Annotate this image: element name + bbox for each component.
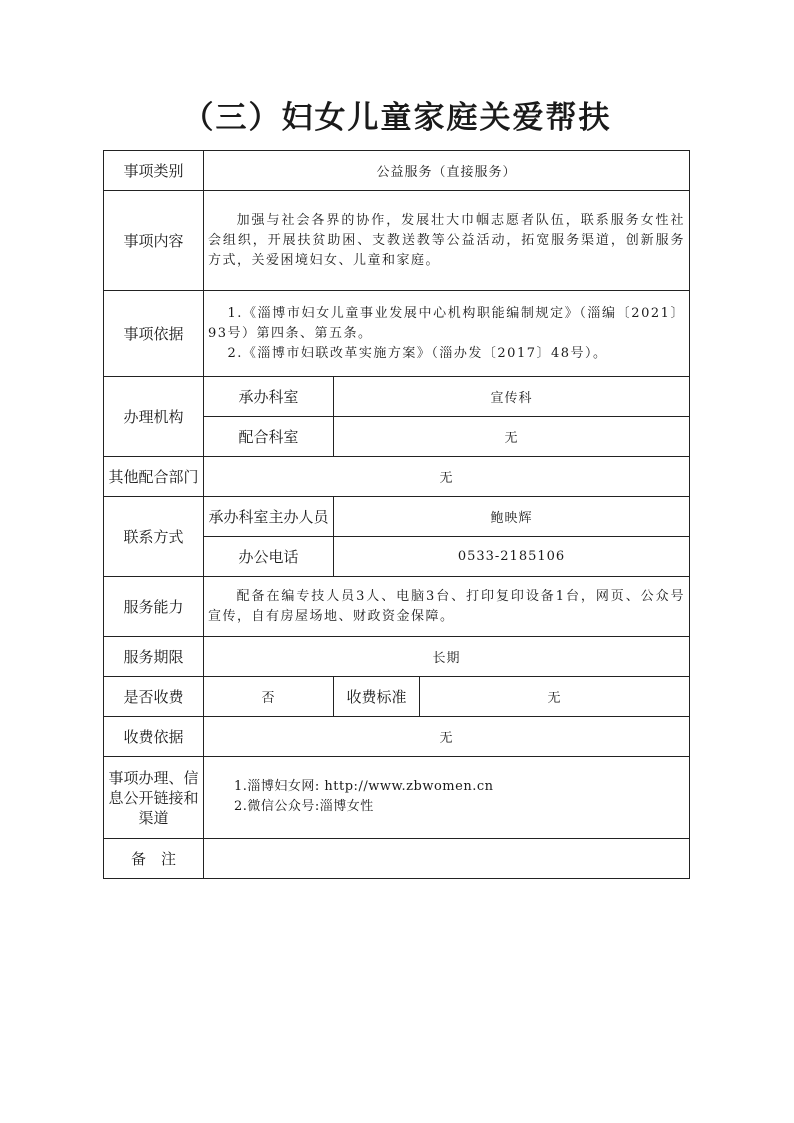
channels-label: 事项办理、信息公开链接和渠道 — [104, 757, 204, 839]
fee-standard-value: 无 — [420, 677, 690, 717]
row-basis: 事项依据 1.《淄博市妇女儿童事业发展中心机构职能编制规定》（淄编〔2021〕9… — [104, 291, 690, 377]
agency-coop-label: 配合科室 — [204, 417, 334, 457]
other-dept-label: 其他配合部门 — [104, 457, 204, 497]
row-other-dept: 其他配合部门 无 — [104, 457, 690, 497]
row-fee-basis: 收费依据 无 — [104, 717, 690, 757]
period-label: 服务期限 — [104, 637, 204, 677]
fee-label: 是否收费 — [104, 677, 204, 717]
fee-basis-label: 收费依据 — [104, 717, 204, 757]
period-value: 长期 — [204, 637, 690, 677]
capacity-label: 服务能力 — [104, 577, 204, 637]
fee-basis-value: 无 — [204, 717, 690, 757]
row-contact-person: 联系方式 承办科室主办人员 鲍映辉 — [104, 497, 690, 537]
page-title: （三）妇女儿童家庭关爱帮扶 — [0, 92, 794, 137]
contact-person-label: 承办科室主办人员 — [204, 497, 334, 537]
contact-label: 联系方式 — [104, 497, 204, 577]
row-agency-main: 办理机构 承办科室 宣传科 — [104, 377, 690, 417]
row-fee: 是否收费 否 收费标准 无 — [104, 677, 690, 717]
row-period: 服务期限 长期 — [104, 637, 690, 677]
agency-main-value: 宣传科 — [334, 377, 690, 417]
row-remarks: 备 注 — [104, 839, 690, 879]
content-label: 事项内容 — [104, 191, 204, 291]
remarks-label: 备 注 — [104, 839, 204, 879]
row-channels: 事项办理、信息公开链接和渠道 1.淄博妇女网: http://www.zbwom… — [104, 757, 690, 839]
basis-label: 事项依据 — [104, 291, 204, 377]
contact-phone-value: 0533-2185106 — [334, 537, 690, 577]
agency-main-label: 承办科室 — [204, 377, 334, 417]
remarks-value — [204, 839, 690, 879]
channel-wechat: 2.微信公众号:淄博女性 — [234, 797, 689, 817]
basis-item: 1.《淄博市妇女儿童事业发展中心机构职能编制规定》（淄编〔2021〕93号）第四… — [208, 304, 685, 344]
category-label: 事项类别 — [104, 151, 204, 191]
category-value: 公益服务（直接服务） — [204, 151, 690, 191]
row-category: 事项类别 公益服务（直接服务） — [104, 151, 690, 191]
other-dept-value: 无 — [204, 457, 690, 497]
capacity-value: 配备在编专技人员3人、电脑3台、打印复印设备1台，网页、公众号宣传，自有房屋场地… — [208, 587, 685, 627]
contact-phone-label: 办公电话 — [204, 537, 334, 577]
agency-coop-value: 无 — [334, 417, 690, 457]
row-capacity: 服务能力 配备在编专技人员3人、电脑3台、打印复印设备1台，网页、公众号宣传，自… — [104, 577, 690, 637]
fee-value: 否 — [204, 677, 334, 717]
service-table: 事项类别 公益服务（直接服务） 事项内容 加强与社会各界的协作，发展壮大巾帼志愿… — [103, 150, 690, 879]
content-value: 加强与社会各界的协作，发展壮大巾帼志愿者队伍，联系服务女性社会组织，开展扶贫助困… — [208, 211, 685, 271]
basis-item: 2.《淄博市妇联改革实施方案》（淄办发〔2017〕48号）。 — [208, 344, 685, 364]
row-content: 事项内容 加强与社会各界的协作，发展壮大巾帼志愿者队伍，联系服务女性社会组织，开… — [104, 191, 690, 291]
agency-label: 办理机构 — [104, 377, 204, 457]
fee-standard-label: 收费标准 — [334, 677, 420, 717]
contact-person-value: 鲍映辉 — [334, 497, 690, 537]
channel-link-website[interactable]: 1.淄博妇女网: http://www.zbwomen.cn — [234, 777, 689, 797]
